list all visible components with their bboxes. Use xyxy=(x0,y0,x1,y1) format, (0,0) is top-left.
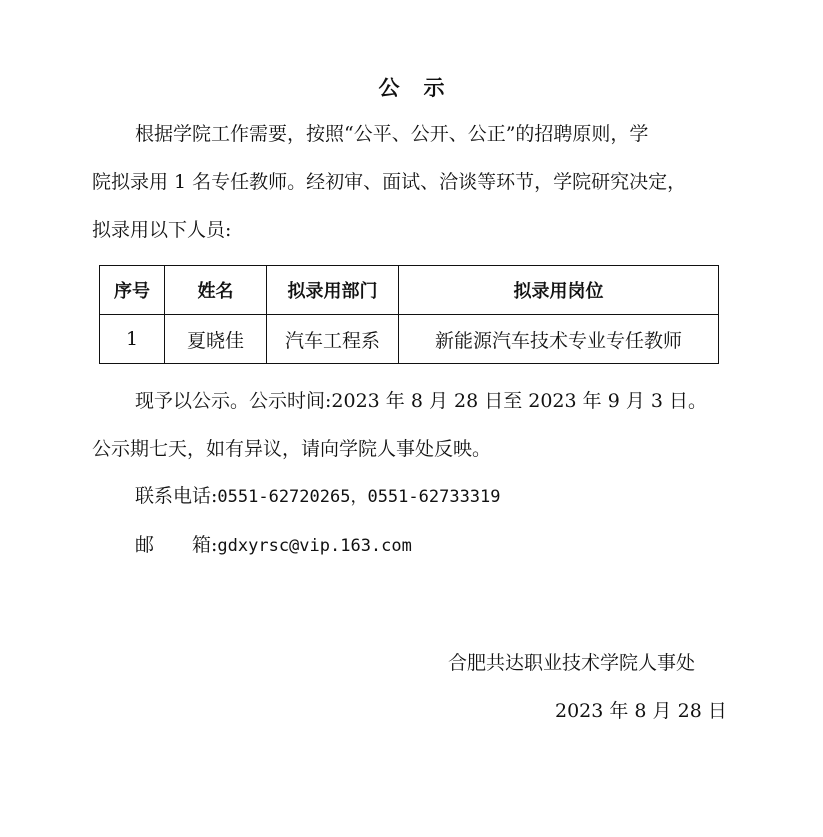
paragraph1-line3: 拟录用以下人员: xyxy=(92,218,231,242)
cell-index: 1 xyxy=(100,315,165,364)
phone-value: 0551-62720265，0551-62733319 xyxy=(217,487,500,507)
cell-position: 新能源汽车技术专业专任教师 xyxy=(399,315,719,364)
paragraph2-line1: 现予以公示。公示时间:2023 年 8 月 28 日至 2023 年 9 月 3… xyxy=(135,389,707,413)
paragraph1-line2: 院拟录用 1 名专任教师。经初审、面试、洽谈等环节，学院研究决定， xyxy=(92,170,686,194)
paragraph2-line2: 公示期七天，如有异议，请向学院人事处反映。 xyxy=(92,437,491,461)
header-name: 姓名 xyxy=(165,266,267,315)
cell-department: 汽车工程系 xyxy=(267,315,399,364)
paragraph1-line1: 根据学院工作需要，按照“公平、公开、公正”的招聘原则，学 xyxy=(135,122,648,146)
header-index: 序号 xyxy=(100,266,165,315)
header-department: 拟录用部门 xyxy=(267,266,399,315)
signature-organization: 合肥共达职业技术学院人事处 xyxy=(448,651,695,675)
header-position: 拟录用岗位 xyxy=(399,266,719,315)
contact-phone: 联系电话:0551-62720265，0551-62733319 xyxy=(135,484,501,509)
page-title: 公示 xyxy=(0,72,823,102)
table-header-row: 序号 姓名 拟录用部门 拟录用岗位 xyxy=(100,266,719,315)
cell-name: 夏晓佳 xyxy=(165,315,267,364)
signature-date: 2023 年 8 月 28 日 xyxy=(555,699,727,723)
notice-page: 公示 根据学院工作需要，按照“公平、公开、公正”的招聘原则，学 院拟录用 1 名… xyxy=(0,0,823,837)
email-value: gdxyrsc@vip.163.com xyxy=(217,536,411,556)
phone-label: 联系电话: xyxy=(135,485,217,507)
email-label: 邮 箱: xyxy=(135,534,217,556)
contact-email: 邮 箱:gdxyrsc@vip.163.com xyxy=(135,533,412,558)
hiring-table: 序号 姓名 拟录用部门 拟录用岗位 1 夏晓佳 汽车工程系 新能源汽车技术专业专… xyxy=(99,265,719,364)
table-row: 1 夏晓佳 汽车工程系 新能源汽车技术专业专任教师 xyxy=(100,315,719,364)
